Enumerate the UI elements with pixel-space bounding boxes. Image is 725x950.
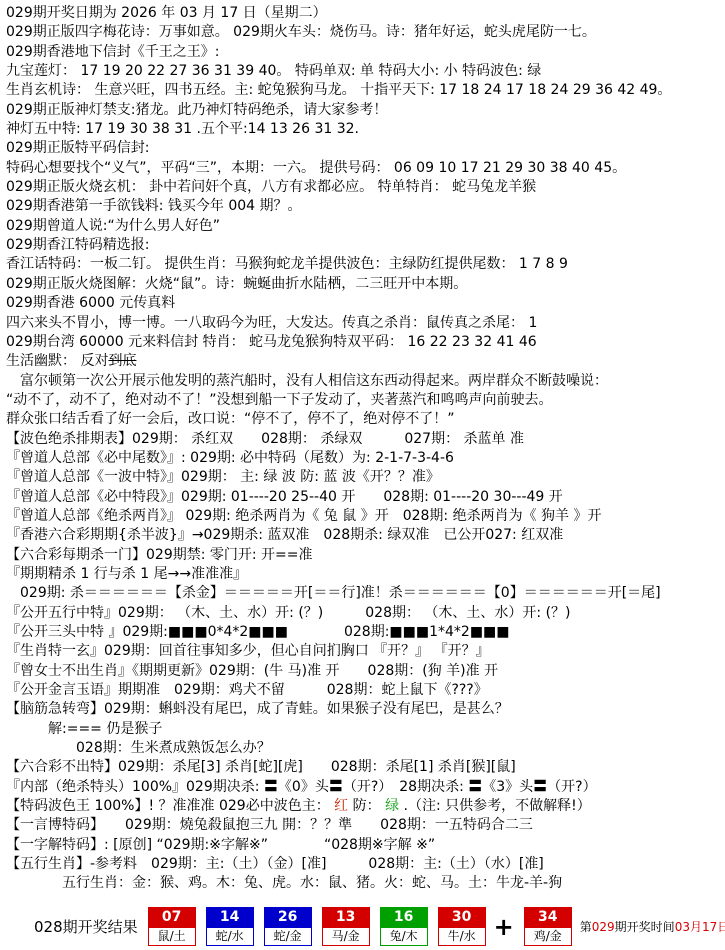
golden-words-line: 『公开金言玉语』期期准 029期：鸡犬不留 028期：蛇上鼠下《???》: [6, 681, 725, 700]
next-draw-info: 第029期开奖时间03月17日 星期二21:3: [580, 918, 725, 935]
wave-king-green: 绿: [385, 798, 399, 814]
tips-text-block: 029期开奖日期为 2026 年 03 月 17 日（星期二） 029期正版四字…: [0, 0, 725, 894]
three-heads-special-line: 『公开三头中特 』029期:■■■0*4*2■■■ 028期:■■■1*4*2■…: [6, 623, 725, 642]
wave-king-suffix: .（注: 只供参考，不做解释!）: [399, 798, 591, 814]
five-element-zodiac-map-line: 五行生肖：金：猴、鸡。木：兔、虎。水：鼠、猪。火：蛇、马。土：牛龙-羊-狗: [6, 874, 725, 893]
zengdaoren-quote-line: 029期曾道人说:“为什么男人好色”: [6, 217, 725, 236]
results-title: 028期开奖结果: [34, 916, 138, 937]
ball-number: 16: [380, 907, 428, 927]
one-word-solve-line: 【一字解特码】: [原创] “029期:※字解※” “028期※字解 ※”: [6, 836, 725, 855]
result-ball-3: 26 蛇/金: [264, 907, 312, 946]
draw-results-bar: 028期开奖结果 07 鼠/土 14 蛇/水 26 蛇/金 13 马/金 16 …: [0, 903, 725, 950]
ball-number: 30: [438, 907, 486, 927]
humor-story-line-2: “动不了，动不了，绝对动不了！”没想到船一下子发动了，夹著蒸汽和鸣鸣声向前驶去。: [6, 391, 725, 410]
kill-row-tail-title-line: 『期期精杀 1 行与杀 1 尾→→准准准』: [6, 565, 725, 584]
kill-row-tail-detail-line: 029期: 杀＝＝＝＝＝＝【杀金】＝＝＝＝＝开[＝＝行]准！杀＝＝＝＝＝＝【0】…: [6, 584, 725, 603]
ball-zodiac-element: 蛇/水: [206, 927, 254, 946]
special-segment-line: 『曾道人总部《必中特段》』029期: 01----20 25--40 开 028…: [6, 488, 725, 507]
must-hit-tail-line: 『曾道人总部《必中尾数》』: 029期: 必中特码（尾数）为: 2-1-7-3-…: [6, 449, 725, 468]
kill-half-wave-line: 『香港六合彩期期{杀半波}』→029期杀: 蓝双准 028期杀: 绿双准 已公开…: [6, 526, 725, 545]
fire-diagram-line: 029期正版火烧图解：火烧“鼠”。诗：蜿蜒曲折水陆栖，二三旺开中本期。: [6, 275, 725, 294]
zodiac-poem-line: 生肖玄机诗： 生意兴旺，四书五经。主: 蛇兔猴狗马龙。 十指平天下: 17 18…: [6, 81, 725, 100]
ball-number: 26: [264, 907, 312, 927]
five-elements-special-line: 『公开五行中特』029期： （木、土、水）开: (？) 028期： （木、土、水…: [6, 604, 725, 623]
zodiac-mystery-line: 『生肖特一玄』029期：回首往事知多少，但心自问扪胸口 『开？』 『开？』: [6, 642, 725, 661]
plum-poem-line: 029期正版四字梅花诗：万事如意。 029期火车头：烧伤马。诗：猪年好运，蛇头虎…: [6, 23, 725, 42]
ball-zodiac-element: 蛇/金: [264, 927, 312, 946]
humor-prefix: 生活幽默： 反对: [6, 353, 108, 369]
ball-zodiac-element: 牛/水: [438, 927, 486, 946]
next-draw-seg2: 期开奖时间: [615, 920, 675, 934]
kill-one-gate-line: 【六合彩每期杀一门】029期禁: 零门开: 开==准: [6, 546, 725, 565]
ball-zodiac-element: 兔/木: [380, 927, 428, 946]
next-draw-period: 029: [592, 920, 615, 934]
ball-zodiac-element: 马/金: [322, 927, 370, 946]
wave-king-mid: 防：: [348, 798, 385, 814]
result-ball-4: 13 马/金: [322, 907, 370, 946]
envelope-title-line: 029期香港地下信封《千王之王》:: [6, 43, 725, 62]
ball-zodiac-element: 鸡/金: [524, 927, 572, 946]
result-ball-special: 34 鸡/金: [524, 907, 572, 946]
humor-struck-text: 到底: [108, 353, 136, 369]
plus-separator: +: [494, 913, 514, 941]
madam-zeng-line: 『曾女士不出生肖』《期期更新》029期：(牛 马)准 开 028期：(狗 羊)准…: [6, 662, 725, 681]
result-ball-6: 30 牛/水: [438, 907, 486, 946]
hk6000-line: 029期香港 6000 元传真料: [6, 294, 725, 313]
result-ball-2: 14 蛇/水: [206, 907, 254, 946]
ball-number: 34: [524, 907, 572, 927]
lottery-tips-page: 029期开奖日期为 2026 年 03 月 17 日（星期二） 029期正版四字…: [0, 0, 725, 950]
one-wave-special-line: 『曾道人总部《一波中特》』029期： 主: 绿 波 防: 蓝 波《开？？准》: [6, 468, 725, 487]
money-tip-line: 029期香港第一手欲钱料: 钱买今年 004 期？。: [6, 197, 725, 216]
five-element-zodiac-ref-line: 【五行生肖】-参考料 029期：主:（土）（金）[准] 028期：主:（土）（水…: [6, 855, 725, 874]
next-draw-seg1: 第: [580, 920, 592, 934]
xiangjiang-report-line: 029期香江特码精选报:: [6, 236, 725, 255]
wave-kill-schedule-line: 【波色绝杀排期表】029期： 杀红双 028期： 杀绿双 027期： 杀蓝单 准: [6, 430, 725, 449]
lamp-ban-line: 029期正版神灯禁支:猪龙。此乃神灯特码绝杀，请大家参考！: [6, 101, 725, 120]
one-word-bet-line: 【一言博特码】 029期：燒兔殺鼠抱三九 開：？？準 028期：一五特码合二三: [6, 816, 725, 835]
lamp-five-special-line: 神灯五中特: 17 19 30 38 31 .五个平:14 13 26 31 3…: [6, 120, 725, 139]
riddle-question-line: 【脑筋急转弯】029期：蝌蚪没有尾巴，成了青蛙。如果猴子没有尾巴，是甚么？: [6, 700, 725, 719]
kill-head-line: 『内部（绝杀特头）100%』029期决杀: 〓《0》头〓（开?） 28期决杀: …: [6, 778, 725, 797]
wave-king-line: 【特码波色王 100%】! ？准准准 029必中波色主： 红 防： 绿 .（注:…: [6, 797, 725, 816]
fire-mystery-line: 029期正版火烧玄机： 卦中若问奸个真，八方有求都必应。 特单特肖： 蛇马兔龙羊…: [6, 178, 725, 197]
humor-line: 生活幽默： 反对到底: [6, 352, 725, 371]
taiwan-envelope-line: 029期台湾 60000 元来料信封 特肖： 蛇马龙兔猴狗特双平码： 16 22…: [6, 333, 725, 352]
wave-king-prefix: 【特码波色王 100%】! ？准准准 029必中波色主：: [6, 798, 334, 814]
wave-king-red: 红: [334, 798, 348, 814]
draw-date-line: 029期开奖日期为 2026 年 03 月 17 日（星期二）: [6, 4, 725, 23]
nine-lotus-line: 九宝莲灯： 17 19 20 22 27 36 31 39 40。 特码单双: …: [6, 62, 725, 81]
result-ball-1: 07 鼠/土: [148, 907, 196, 946]
special-envelope-line: 029期正版特平码信封:: [6, 139, 725, 158]
riddle-answer-line: 解:=== 仍是猴子: [6, 720, 725, 739]
fax-kill-line: 四六来头不胃小，博一博。一八取码今为旺，大发达。传真之杀肖：鼠传真之杀尾： 1: [6, 314, 725, 333]
next-draw-date: 03月17日: [675, 920, 725, 934]
ball-number: 14: [206, 907, 254, 927]
ball-number: 13: [322, 907, 370, 927]
kill-two-zodiac-line: 『曾道人总部《绝杀两肖》』 029期: 绝杀两肖为《 兔 鼠 》开 028期: …: [6, 507, 725, 526]
ball-zodiac-element: 鼠/土: [148, 927, 196, 946]
special-numbers-line: 特码心想要找个“义气”，平码“三”，本期：一六。 提供号码： 06 09 10 …: [6, 159, 725, 178]
result-ball-5: 16 兔/木: [380, 907, 428, 946]
humor-story-line-3: 群众张口结舌看了好一会后，改口说：“停不了，停不了，绝对停不了！”: [6, 410, 725, 429]
xiangjiang-tip-line: 香江话特码：一板二钉。 提供生肖：马猴狗蛇龙羊提供波色：主绿防红提供尾数： 1 …: [6, 255, 725, 274]
no-special-line: 【六合彩不出特】029期：杀尾[3] 杀肖[蛇][虎] 028期：杀尾[1] 杀…: [6, 758, 725, 777]
ball-number: 07: [148, 907, 196, 927]
humor-story-line-1: 富尔顿第一次公开展示他发明的蒸汽船时，没有人相信这东西动得起来。两岸群众不断鼓噪…: [6, 372, 725, 391]
riddle-prev-line: 028期：生米煮成熟饭怎么办？: [6, 739, 725, 758]
